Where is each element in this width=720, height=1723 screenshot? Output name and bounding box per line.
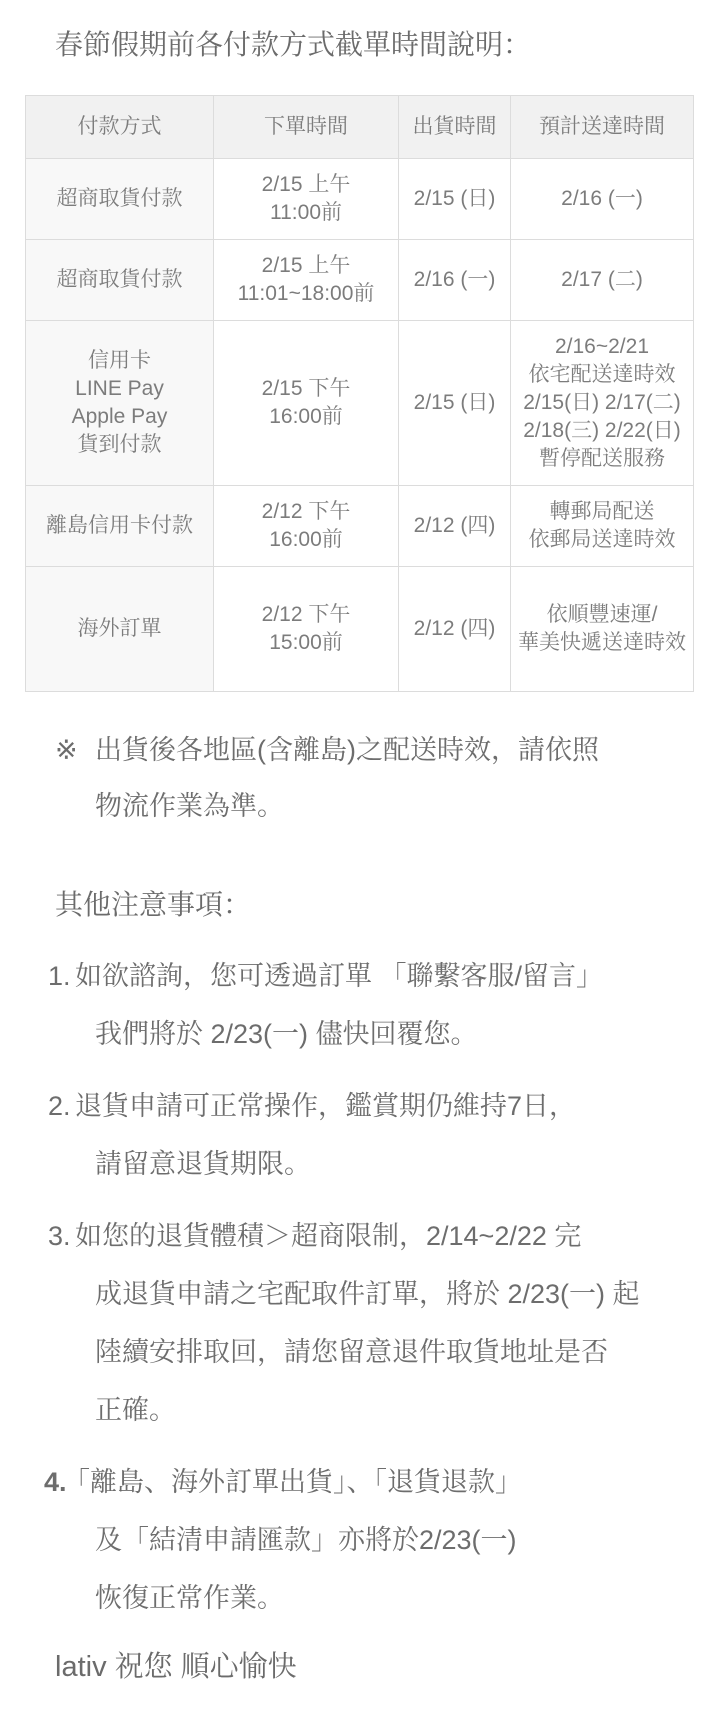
- item-line: 如您的退貨體積＞超商限制，2/14~2/22 完: [75, 1207, 720, 1265]
- table-row: 海外訂單2/12 下午15:00前2/12 (四)依順豐速運/華美快遞送達時效: [26, 567, 694, 692]
- item-line: 成退貨申請之宅配取件訂單，將於 2/23(一) 起: [95, 1265, 720, 1323]
- item-number: 4.: [44, 1453, 67, 1511]
- note-line: 物流作業為準。: [95, 778, 720, 834]
- note-item-3: 3.如您的退貨體積＞超商限制，2/14~2/22 完成退貨申請之宅配取件訂單，將…: [0, 1207, 720, 1439]
- cell-order: 2/15 上午11:00前: [214, 159, 399, 240]
- cell-delivery: 轉郵局配送依郵局送達時效: [511, 486, 694, 567]
- table-header-row: 付款方式下單時間出貨時間預計送達時間: [26, 96, 694, 159]
- item-line: 「離島、海外訂單出貨」、「退貨退款」: [63, 1453, 720, 1511]
- cell-method: 海外訂單: [26, 567, 214, 692]
- notice-page: 春節假期前各付款方式截單時間說明： 付款方式下單時間出貨時間預計送達時間 超商取…: [0, 28, 720, 1685]
- cell-order: 2/12 下午16:00前: [214, 486, 399, 567]
- table-row: 信用卡LINE PayApple Pay貨到付款2/15 下午16:00前2/1…: [26, 321, 694, 486]
- cell-order: 2/15 下午16:00前: [214, 321, 399, 486]
- item-line: 恢復正常作業。: [95, 1569, 720, 1627]
- cell-delivery: 2/16 (一): [511, 159, 694, 240]
- column-header: 下單時間: [214, 96, 399, 159]
- item-line: 及「結清申請匯款」亦將於2/23(一): [95, 1511, 720, 1569]
- note-item-2: 2.退貨申請可正常操作，鑑賞期仍維持7日，請留意退貨期限。: [0, 1077, 720, 1193]
- cell-method: 離島信用卡付款: [26, 486, 214, 567]
- cell-delivery: 2/16~2/21依宅配送達時效2/15(日) 2/17(二)2/18(三) 2…: [511, 321, 694, 486]
- cell-ship: 2/12 (四): [399, 486, 511, 567]
- table-row: 超商取貨付款2/15 上午11:00前2/15 (日)2/16 (一): [26, 159, 694, 240]
- cell-ship: 2/16 (一): [399, 240, 511, 321]
- footer-greeting: lativ 祝您 順心愉快: [55, 1649, 720, 1685]
- cell-delivery: 依順豐速運/華美快遞送達時效: [511, 567, 694, 692]
- cell-method: 超商取貨付款: [26, 159, 214, 240]
- cell-method: 信用卡LINE PayApple Pay貨到付款: [26, 321, 214, 486]
- item-line: 我們將於 2/23(一) 儘快回覆您。: [95, 1005, 720, 1063]
- other-notes-heading: 其他注意事項：: [55, 890, 720, 920]
- cell-method: 超商取貨付款: [26, 240, 214, 321]
- page-title: 春節假期前各付款方式截單時間說明：: [55, 28, 720, 62]
- column-header: 付款方式: [26, 96, 214, 159]
- table-row: 超商取貨付款2/15 上午11:01~18:00前2/16 (一)2/17 (二…: [26, 240, 694, 321]
- other-notes-list: 1.如欲諮詢，您可透過訂單 「聯繫客服/留言」我們將於 2/23(一) 儘快回覆…: [0, 947, 720, 1627]
- column-header: 預計送達時間: [511, 96, 694, 159]
- shipping-note: ※ 出貨後各地區(含離島)之配送時效，請依照 物流作業為準。: [0, 722, 720, 834]
- item-number: 3.: [48, 1207, 71, 1265]
- cell-order: 2/12 下午15:00前: [214, 567, 399, 692]
- column-header: 出貨時間: [399, 96, 511, 159]
- note-line: 出貨後各地區(含離島)之配送時效，請依照: [95, 722, 720, 778]
- item-line: 退貨申請可正常操作，鑑賞期仍維持7日，: [75, 1077, 720, 1135]
- item-line: 正確。: [95, 1381, 720, 1439]
- cell-order: 2/15 上午11:01~18:00前: [214, 240, 399, 321]
- item-number: 2.: [48, 1077, 71, 1135]
- item-number: 1.: [48, 947, 71, 1005]
- item-line: 請留意退貨期限。: [95, 1135, 720, 1193]
- table-row: 離島信用卡付款2/12 下午16:00前2/12 (四)轉郵局配送依郵局送達時效: [26, 486, 694, 567]
- item-line: 如欲諮詢，您可透過訂單 「聯繫客服/留言」: [75, 947, 720, 1005]
- cell-ship: 2/15 (日): [399, 321, 511, 486]
- note-marker: ※: [55, 722, 78, 778]
- note-item-1: 1.如欲諮詢，您可透過訂單 「聯繫客服/留言」我們將於 2/23(一) 儘快回覆…: [0, 947, 720, 1063]
- cell-ship: 2/15 (日): [399, 159, 511, 240]
- cutoff-times-table: 付款方式下單時間出貨時間預計送達時間 超商取貨付款2/15 上午11:00前2/…: [25, 95, 694, 692]
- note-item-4: 4.「離島、海外訂單出貨」、「退貨退款」及「結清申請匯款」亦將於2/23(一)恢…: [0, 1453, 720, 1627]
- item-line: 陸續安排取回，請您留意退件取貨地址是否: [95, 1323, 720, 1381]
- cell-delivery: 2/17 (二): [511, 240, 694, 321]
- cell-ship: 2/12 (四): [399, 567, 511, 692]
- table-body: 超商取貨付款2/15 上午11:00前2/15 (日)2/16 (一)超商取貨付…: [26, 159, 694, 692]
